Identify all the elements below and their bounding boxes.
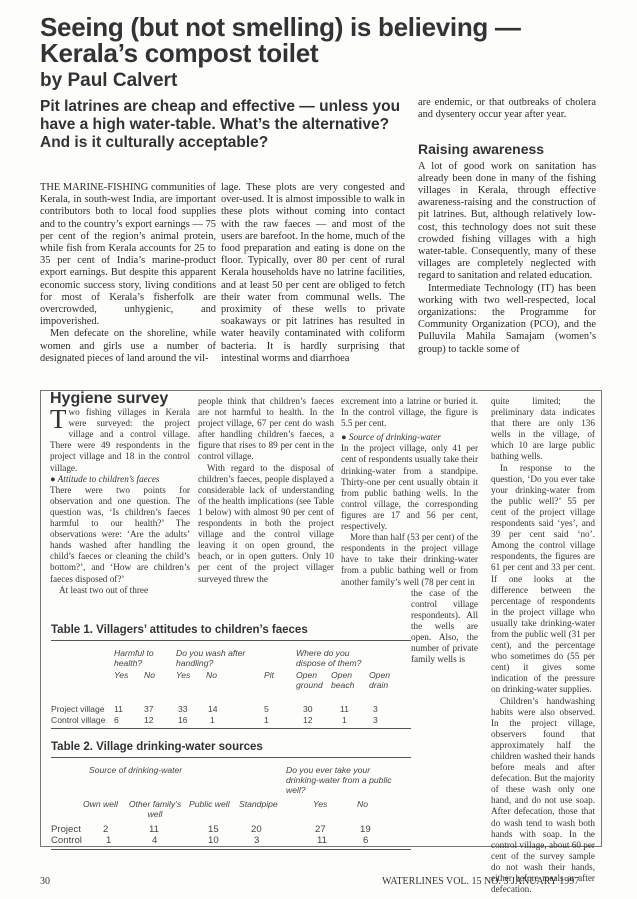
box-heading: Hygiene survey (50, 393, 190, 404)
col-header: Public well (189, 799, 230, 809)
table-2-group-source: Source of drinking-water (89, 765, 209, 775)
cell: 10 (208, 836, 219, 846)
col-header: No (144, 670, 155, 680)
divider (51, 640, 411, 641)
drop-cap: T (50, 408, 67, 430)
col-header: Open ground (296, 670, 326, 690)
cell: 3 (373, 704, 378, 714)
box-column-1: Hygiene survey Two fishing villages in K… (50, 391, 190, 596)
row-label: Control (51, 836, 82, 846)
cell: 6 (114, 715, 119, 725)
cell: 1 (210, 715, 215, 725)
cell: 6 (363, 836, 368, 846)
table-2-group-public-well: Do you ever take your drinking-water fro… (286, 765, 401, 795)
cell: 16 (178, 715, 188, 725)
body-column-3: are endemic, or that outbreaks of choler… (418, 97, 596, 356)
title-line-2: Kerala’s compost toilet (40, 40, 521, 66)
cell: 3 (254, 836, 259, 846)
col-header: Open drain (369, 670, 399, 690)
paragraph: Intermediate Technology (IT) has been wo… (418, 283, 596, 356)
body-column-2: lage. These plots are very congested and… (221, 182, 405, 365)
paragraph: More than half (53 per cent) of the resp… (341, 532, 478, 587)
col-header: No (206, 670, 217, 680)
paragraph: There were two points for observation an… (50, 485, 190, 585)
box-column-4: quite limited; the preliminary data indi… (491, 396, 595, 895)
paragraph: Children’s handwashing habits were also … (491, 696, 595, 896)
paragraph: In response to the question, ‘Do you eve… (491, 463, 595, 696)
paragraph: lage. These plots are very congested and… (221, 182, 405, 365)
cell: 4 (152, 836, 157, 846)
cell: 27 (315, 825, 326, 835)
paragraph: A lot of good work on sanitation has alr… (418, 161, 596, 283)
table-1-group-harmful: Harmful to health? (114, 648, 164, 668)
paragraph: quite limited; the preliminary data indi… (491, 396, 595, 463)
cell: 11 (149, 825, 159, 835)
table-1: Table 1. Villagers’ attitudes to childre… (51, 624, 411, 641)
cell: 20 (251, 825, 262, 835)
standfirst: Pit latrines are cheap and effective — u… (40, 98, 412, 152)
hygiene-survey-box: Hygiene survey Two fishing villages in K… (40, 390, 602, 847)
divider (51, 849, 411, 850)
paragraph: With regard to the disposal of children’… (198, 463, 334, 585)
page-number: 30 (40, 876, 50, 887)
col-header: Own well (83, 799, 118, 809)
col-header: Yes (176, 670, 190, 680)
divider (51, 757, 411, 758)
row-label: Project (51, 825, 81, 835)
cell: 11 (317, 836, 327, 846)
paragraph: In the project village, only 41 per cent… (341, 443, 478, 532)
paragraph: people think that children’s faeces are … (198, 396, 334, 463)
paragraph: excrement into a latrine or buried it. I… (341, 396, 478, 429)
col-header: Yes (313, 799, 327, 809)
cell: 14 (208, 704, 218, 714)
cell: 2 (103, 825, 108, 835)
paragraph-narrow: the case of the control village responde… (411, 588, 478, 666)
bullet-heading: ● Source of drinking-water (341, 432, 478, 443)
table-2-title: Table 2. Village drinking-water sources (51, 741, 411, 753)
journal-issue: WATERLINES VOL. 15 NO. 3 JANUARY 1997 (382, 876, 579, 887)
col-header: Yes (114, 670, 128, 680)
paragraph: Men defecate on the shoreline, while wom… (40, 328, 216, 365)
title-line-1: Seeing (but not smelling) is believing — (40, 14, 521, 40)
col-header: Other family’s well (127, 799, 183, 819)
bullet-heading: ● Attitude to children’s faeces (50, 474, 190, 485)
body-column-1: THE MARINE-FISHING communities of Kerala… (40, 182, 216, 365)
table-2: Table 2. Village drinking-water sources … (51, 741, 411, 758)
cell: 11 (114, 704, 123, 714)
divider (51, 728, 411, 729)
cell: 37 (144, 704, 154, 714)
cell: 30 (303, 704, 313, 714)
cell: 15 (208, 825, 219, 835)
cell: 1 (106, 836, 111, 846)
cell: 19 (360, 825, 371, 835)
cell: 12 (303, 715, 313, 725)
table-1-title: Table 1. Villagers’ attitudes to childre… (51, 624, 411, 636)
cell: 11 (340, 704, 349, 714)
cell: 1 (342, 715, 347, 725)
col-header: Standpipe (239, 799, 278, 809)
table-1-group-dispose: Where do you dispose of them? (296, 648, 376, 668)
intro-text: wo fishing villages in Kerala were surve… (50, 407, 190, 472)
cell: 3 (373, 715, 378, 725)
row-label: Control village (51, 715, 111, 725)
byline: by Paul Calvert (40, 70, 177, 92)
paragraph: THE MARINE-FISHING communities of Kerala… (40, 182, 216, 328)
paragraph: are endemic, or that outbreaks of choler… (418, 97, 596, 121)
row-label: Project village (51, 704, 111, 714)
col-header: Pit (264, 670, 274, 680)
col-header: No (357, 799, 368, 809)
cell: 5 (264, 704, 269, 714)
table-1-group-wash: Do you wash after handling? (176, 648, 246, 668)
box-column-2: people think that children’s faeces are … (198, 396, 334, 585)
col-header: Open beach (331, 670, 361, 690)
cell: 1 (264, 715, 269, 725)
cell: 33 (178, 704, 188, 714)
cell: 12 (144, 715, 154, 725)
paragraph: At least two out of three (50, 585, 190, 596)
article-title: Seeing (but not smelling) is believing —… (40, 14, 521, 66)
subheading-raising-awareness: Raising awareness (418, 143, 596, 155)
paragraph: Two fishing villages in Kerala were surv… (50, 407, 190, 474)
